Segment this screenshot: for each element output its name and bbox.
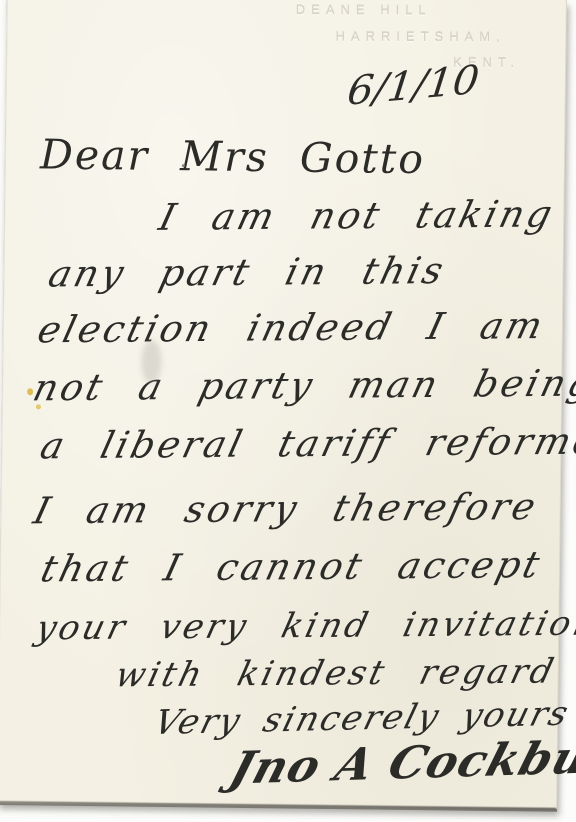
letter-card: DEANE HILL HARRIETSHAM, KENT. 6/1/10 Dea… [0,0,567,809]
paper-stain [27,388,33,395]
salutation-line: Dear Mrs Gotto [40,130,425,183]
handwritten-date: 6/1/10 [345,57,482,115]
paper-speck [182,164,185,167]
body-line-8: your very kind invitation [32,604,576,649]
body-line-3: election indeed I am [34,304,550,351]
body-line-7: that I cannot accept [37,543,547,590]
letterhead-line-2: HARRIETSHAM, [335,29,505,45]
body-line-2: any part in this [44,249,450,295]
body-line-5: a liberal tariff reformer. [36,419,576,467]
scan-background: DEANE HILL HARRIETSHAM, KENT. 6/1/10 Dea… [0,0,576,822]
paper-stain [36,404,41,409]
letterhead-line-1: DEANE HILL [296,2,432,17]
body-line-9: with kindest regard [111,652,560,696]
body-line-6: I am sorry therefore [29,485,542,532]
body-line-4: not a party man being [29,362,576,410]
body-line-1: I am not taking [155,193,559,239]
